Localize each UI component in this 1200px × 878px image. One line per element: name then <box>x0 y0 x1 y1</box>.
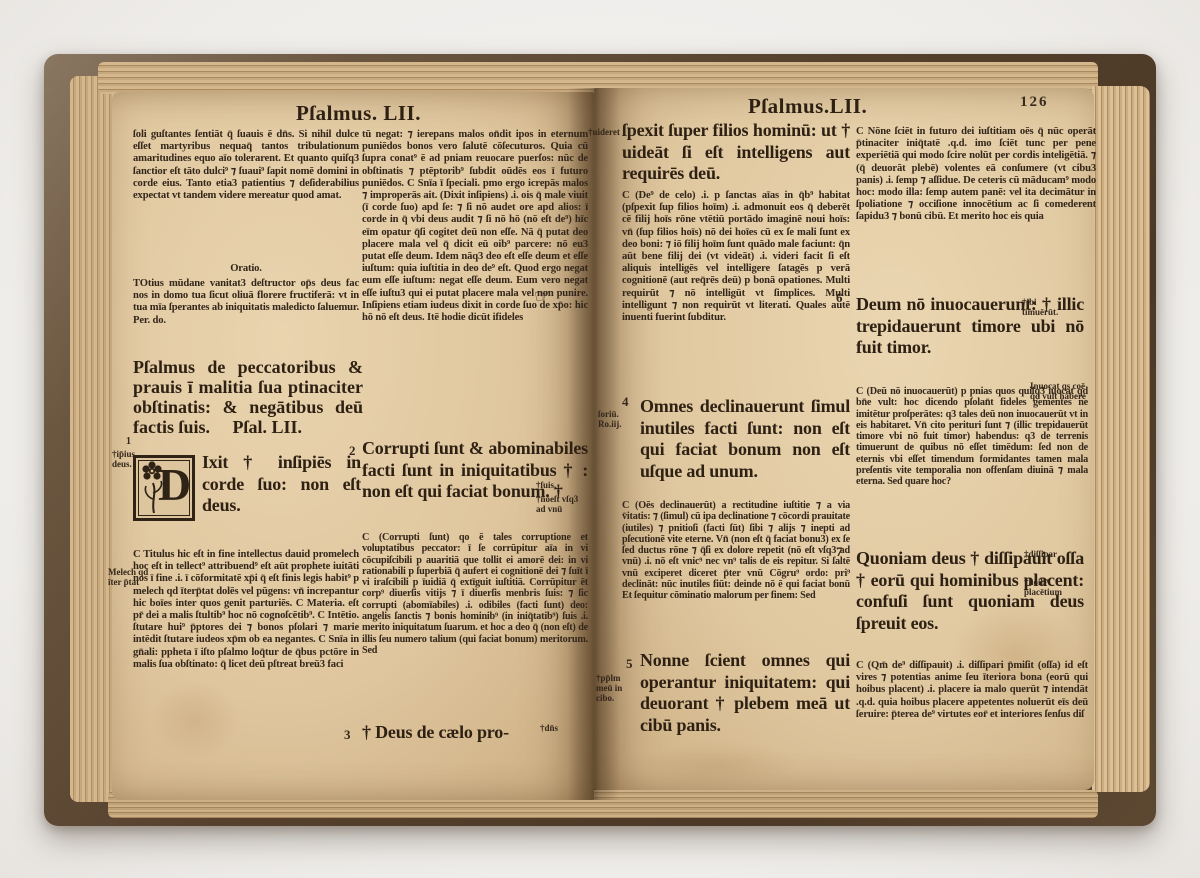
dissipavit-commentary: C (Qm̄ de⁹ diſſipauit) .i. diſſipari p̄m… <box>856 660 1088 772</box>
margin-note-noest: †nōeſt vſq3 ad vnū <box>536 495 586 539</box>
verse-number-1: 1 <box>126 436 131 447</box>
margin-note-videret: †uideret <box>588 128 622 152</box>
margin-note-dissipar: †diſſipar <box>1024 550 1078 574</box>
right-page-header: Pſalmus.LII. <box>748 94 928 122</box>
verse-1-text: Ixit † inſipiēs in corde ſuo: non eſt de… <box>202 452 361 515</box>
decelo-commentary: C (De⁹ de celo) .i. p ſanctas aīas in q̄… <box>622 190 850 392</box>
margin-note-hoibus: †hoib⁹ placētium <box>1024 578 1078 614</box>
verse-number-3: 3 <box>344 727 351 743</box>
verse-number-6: 6 <box>836 290 843 306</box>
oratio-text: TOtius mūdane vanitat3 deſtructor op̄s d… <box>133 278 359 358</box>
left-col2-commentary-top: tū negat: ⁊ ierepans malos on̄dit ipos i… <box>362 129 588 427</box>
margin-note-roiij: ſoriū. Ro.iij. <box>598 410 642 436</box>
corrupti-commentary: C (Corrupti ſunt) qo ē tales corruptione… <box>362 532 588 726</box>
oratio-heading: Oratio. <box>133 263 359 277</box>
margin-note-melech: Melech qd īter p̄tat <box>108 568 152 612</box>
psalm-rubric: Pſalmus de peccatoribus & prauis ī malit… <box>133 357 363 457</box>
titulus-commentary: C Titulus hic eſt in fine intellectus da… <box>133 549 359 759</box>
margin-note-pplm: †pp̄lm meū in cibo. <box>596 674 638 712</box>
page-edges-right <box>1092 86 1150 792</box>
initial-letter: D <box>158 454 191 516</box>
verse-number-4: 4 <box>622 394 629 410</box>
manicule-icon: ☞ <box>533 284 553 308</box>
folio-number: 126 <box>1020 94 1066 114</box>
verse-number-7: 7 <box>836 544 843 560</box>
verse-3-continuation: ſpexit ſuper filios hominū: ut † uideāt … <box>622 120 850 188</box>
margin-note-ipius: †ip̄ius deus. <box>112 450 156 474</box>
page-edges-left <box>70 76 114 802</box>
left-col1-intro: ſoli guſtantes ſentiāt q̄ ſuauis ē dn̄s.… <box>133 129 359 263</box>
margin-note-dns: †dn̄s <box>540 724 582 738</box>
left-page-header: Pſalmus. LII. <box>296 101 476 129</box>
verse-5: Nonne ſcient omnes qui operantur iniquit… <box>640 650 850 742</box>
verse-number-2: 2 <box>349 443 356 459</box>
nonne-commentary: C Nōne ſciēt in futuro dei iuſtitiam oēs… <box>856 126 1096 290</box>
book-photo: Pſalmus. LII. ſoli guſtantes ſentiāt q̄ … <box>0 0 1200 878</box>
verse-1: D Ixit † inſipiēs in corde ſuo: non eſt … <box>133 452 361 548</box>
verse-number-5: 5 <box>626 656 633 672</box>
declinauerunt-commentary: C (Oēs declinauerūt) a rectitudine iuſti… <box>622 500 850 650</box>
margin-note-ibi-timuerunt: †ibi timuērūt. <box>1022 298 1074 334</box>
margin-note-inuocat: Inuocat qs coē qd vult habere <box>1030 382 1086 440</box>
verse-4: Omnes declinauerunt ſimul inutiles facti… <box>640 396 850 504</box>
margin-note-suis: †ſuis. <box>536 481 586 493</box>
